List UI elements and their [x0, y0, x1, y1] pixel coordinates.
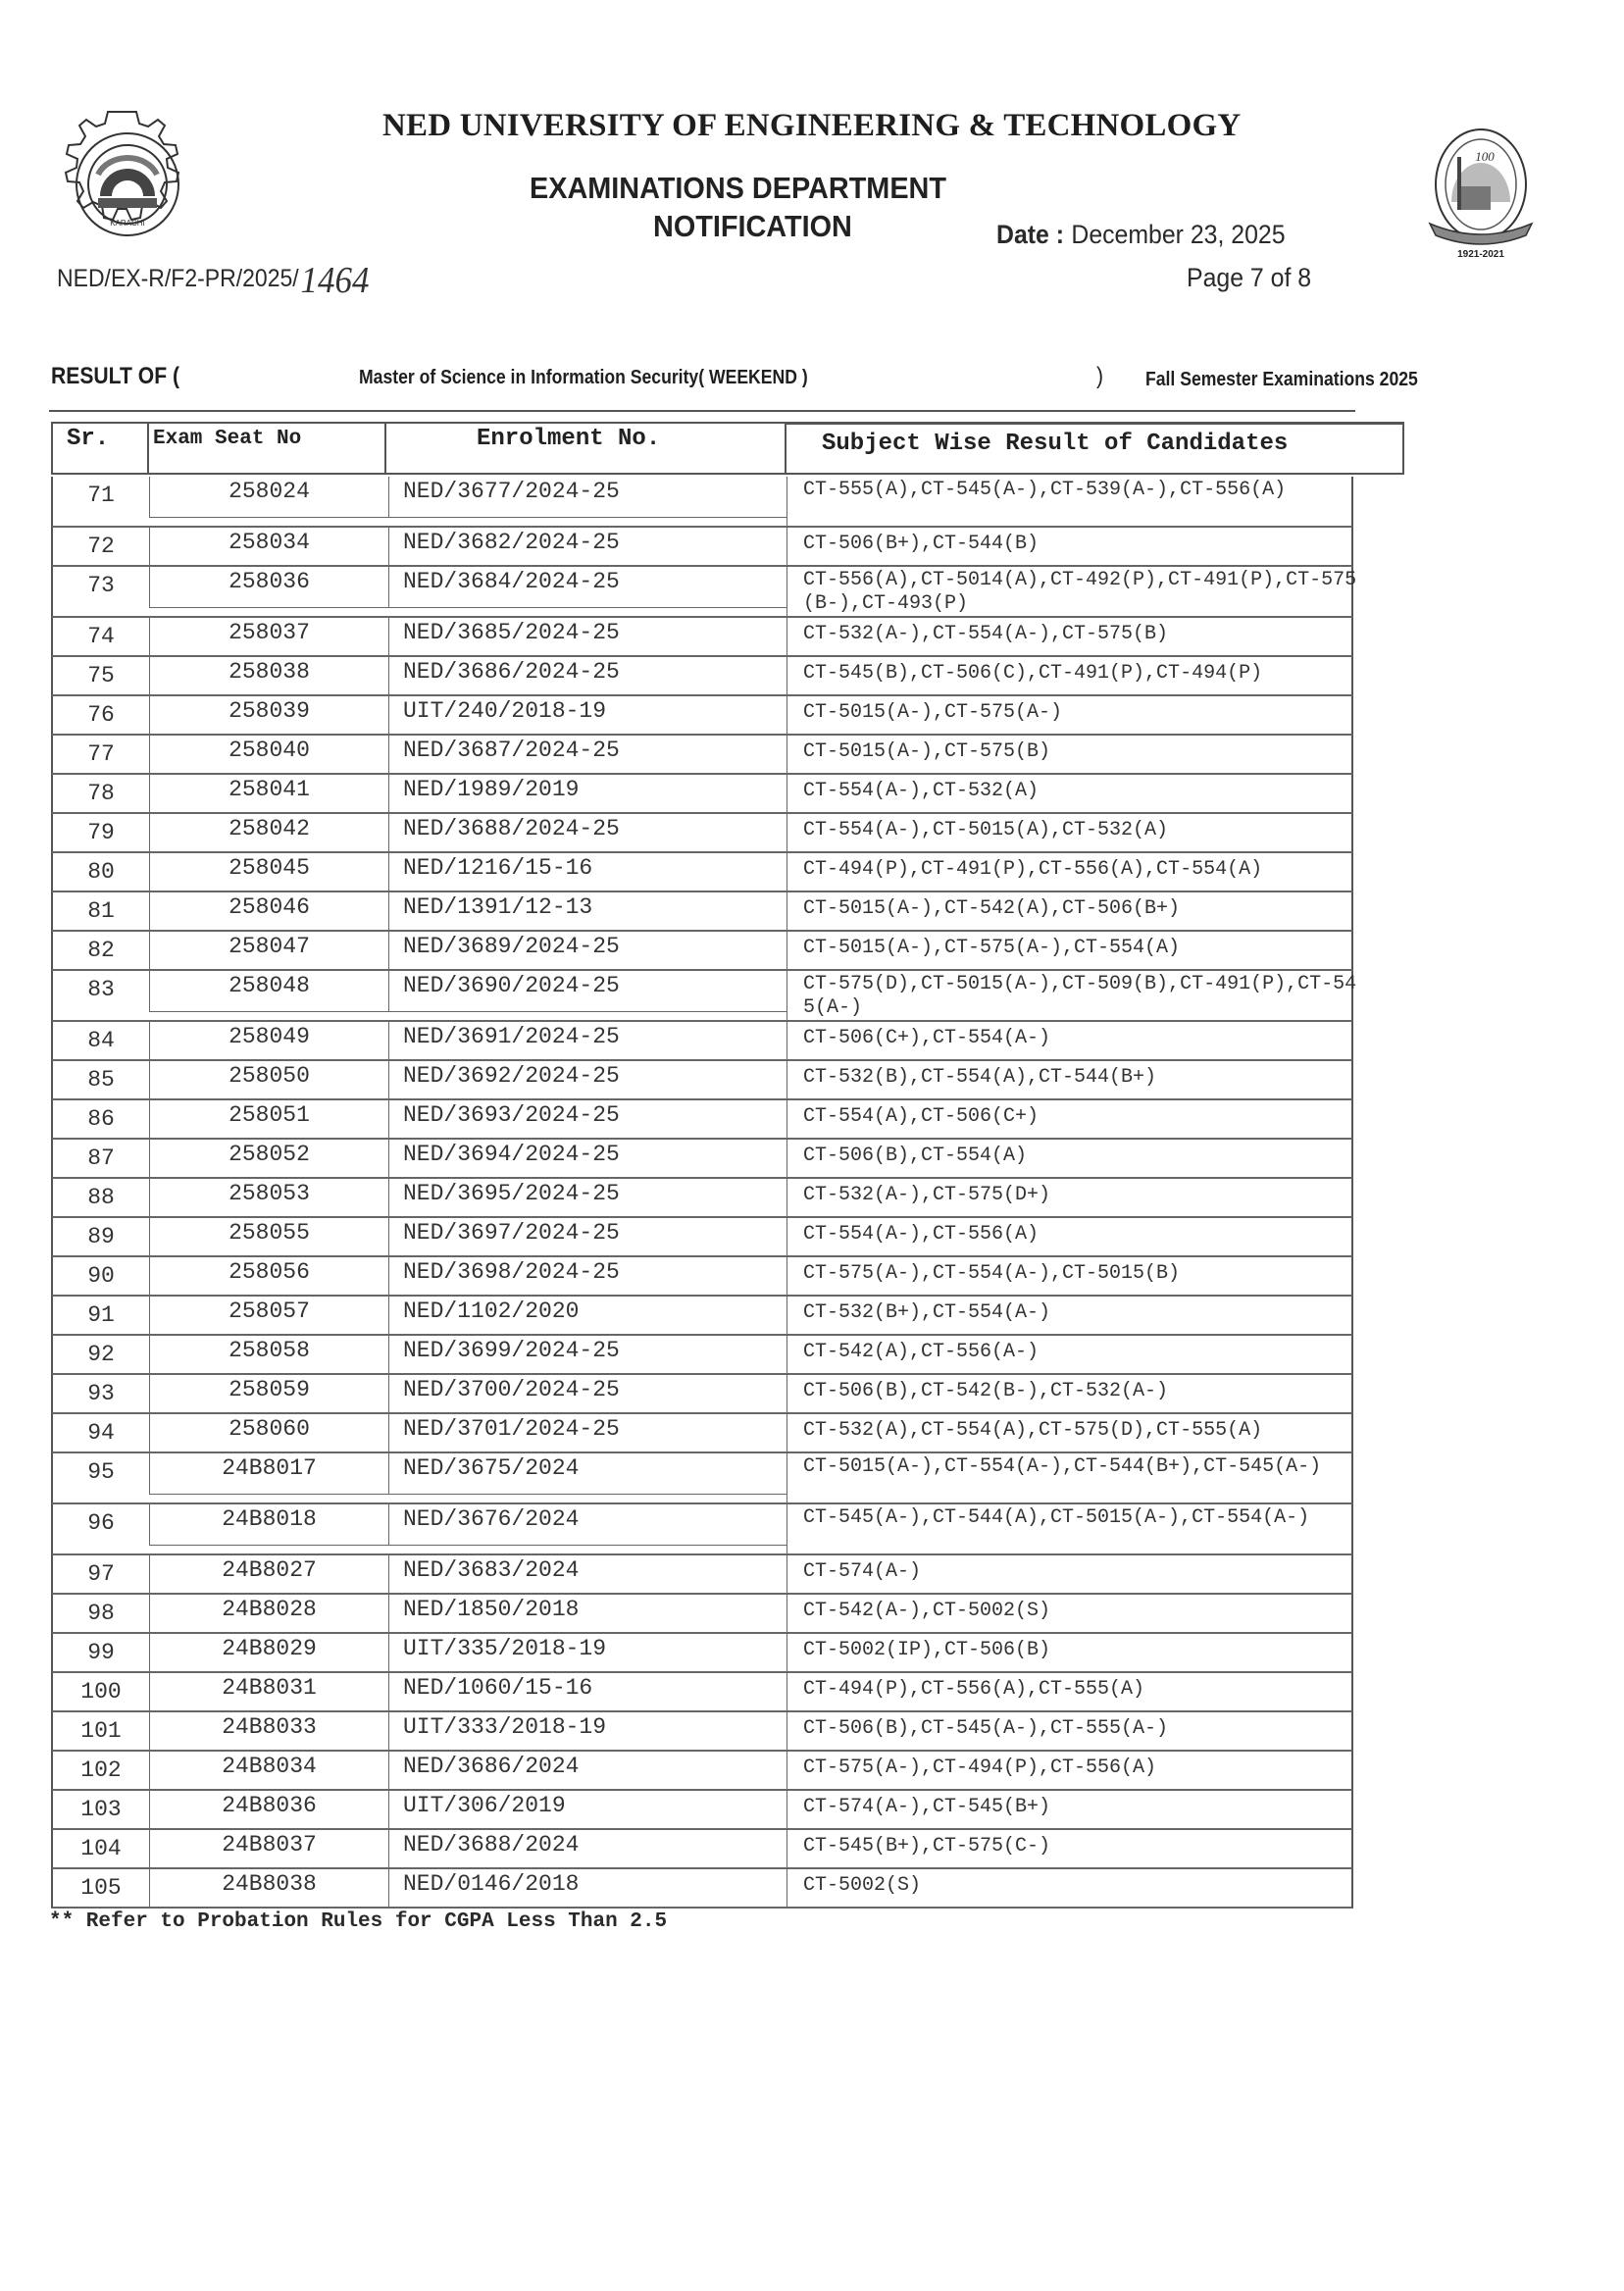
enrolment-cell: NED/3687/2024-25 [388, 736, 787, 773]
exam-seat-cell: 24B8038 [149, 1869, 388, 1907]
subject-results-cell: CT-506(B),CT-554(A) [787, 1140, 1404, 1177]
exam-seat-cell: 258046 [149, 892, 388, 930]
page-number: Page 7 of 8 [1187, 263, 1311, 293]
table-row: 93258059NED/3700/2024-25CT-506(B),CT-542… [51, 1375, 1353, 1414]
enrolment-cell: NED/3688/2024-25 [388, 814, 787, 851]
enrolment-cell: NED/3698/2024-25 [388, 1257, 787, 1295]
enrolment-cell: NED/3692/2024-25 [388, 1061, 787, 1098]
table-row: 71258024NED/3677/2024-25CT-555(A),CT-545… [51, 477, 1353, 528]
enrolment-cell: NED/3693/2024-25 [388, 1100, 787, 1138]
table-row: 9524B8017NED/3675/2024CT-5015(A-),CT-554… [51, 1453, 1353, 1504]
svg-text:1921-2021: 1921-2021 [1457, 249, 1504, 260]
subject-results-cell: CT-5002(IP),CT-506(B) [787, 1634, 1404, 1671]
enrolment-cell: NED/3686/2024 [388, 1752, 787, 1789]
department-title: EXAMINATIONS DEPARTMENT [530, 171, 946, 206]
table-row: 86258051NED/3693/2024-25CT-554(A),CT-506… [51, 1100, 1353, 1140]
header-divider [49, 410, 1355, 412]
exam-seat-cell: 258041 [149, 775, 388, 812]
sr-cell: 81 [53, 898, 149, 924]
subject-results-cell: CT-532(A),CT-554(A),CT-575(D),CT-555(A) [787, 1414, 1404, 1451]
subject-results-cell: CT-506(B),CT-545(A-),CT-555(A-) [787, 1712, 1404, 1750]
reference-prefix: NED/EX-R/F2-PR/2025/ [57, 265, 299, 292]
table-row: 74258037NED/3685/2024-25CT-532(A-),CT-55… [51, 618, 1353, 657]
exam-seat-cell: 258051 [149, 1100, 388, 1138]
enrolment-cell: NED/3676/2024 [388, 1504, 787, 1546]
table-header: Sr. Exam Seat No Enrolment No. Subject W… [51, 422, 1353, 477]
sr-cell: 76 [53, 702, 149, 728]
sr-cell: 95 [53, 1459, 149, 1485]
enrolment-cell: NED/3682/2024-25 [388, 528, 787, 565]
table-row: 10124B8033UIT/333/2018-19CT-506(B),CT-54… [51, 1712, 1353, 1752]
sr-cell: 87 [53, 1145, 149, 1171]
table-row: 88258053NED/3695/2024-25CT-532(A-),CT-57… [51, 1179, 1353, 1218]
exam-seat-cell: 24B8027 [149, 1555, 388, 1593]
sr-cell: 102 [53, 1757, 149, 1783]
sr-cell: 71 [53, 483, 149, 508]
table-row: 10524B8038NED/0146/2018CT-5002(S) [51, 1869, 1353, 1909]
subject-results-cell: CT-574(A-),CT-545(B+) [787, 1791, 1404, 1828]
enrolment-cell: NED/3689/2024-25 [388, 932, 787, 969]
sr-cell: 104 [53, 1836, 149, 1861]
subject-results-cell: CT-554(A-),CT-532(A) [787, 775, 1404, 812]
table-row: 81258046NED/1391/12-13CT-5015(A-),CT-542… [51, 892, 1353, 932]
enrolment-cell: NED/3688/2024 [388, 1830, 787, 1867]
subject-results-cell: CT-556(A),CT-5014(A),CT-492(P),CT-491(P)… [787, 567, 1404, 616]
enrolment-cell: NED/3699/2024-25 [388, 1336, 787, 1373]
svg-text:100: 100 [1475, 149, 1495, 164]
sr-cell: 85 [53, 1067, 149, 1093]
table-row: 89258055NED/3697/2024-25CT-554(A-),CT-55… [51, 1218, 1353, 1257]
subject-results-cell: CT-5015(A-),CT-575(A-),CT-554(A) [787, 932, 1404, 969]
subject-results-cell: CT-545(A-),CT-544(A),CT-5015(A-),CT-554(… [787, 1504, 1404, 1553]
exam-seat-cell: 258040 [149, 736, 388, 773]
subject-results-cell: CT-494(P),CT-491(P),CT-556(A),CT-554(A) [787, 853, 1404, 891]
footnote: ** Refer to Probation Rules for CGPA Les… [49, 1910, 667, 1933]
exam-seat-cell: 258024 [149, 477, 388, 518]
exam-seat-cell: 24B8036 [149, 1791, 388, 1828]
enrolment-cell: NED/3694/2024-25 [388, 1140, 787, 1177]
enrolment-cell: UIT/306/2019 [388, 1791, 787, 1828]
sr-cell: 94 [53, 1420, 149, 1446]
date-line: Date :December 23, 2025 [996, 220, 1286, 250]
subject-results-cell: CT-506(C+),CT-554(A-) [787, 1022, 1404, 1059]
exam-seat-cell: 258057 [149, 1297, 388, 1334]
exam-seat-cell: 258052 [149, 1140, 388, 1177]
sr-cell: 92 [53, 1342, 149, 1367]
table-row: 92258058NED/3699/2024-25CT-542(A),CT-556… [51, 1336, 1353, 1375]
table-row: 77258040NED/3687/2024-25CT-5015(A-),CT-5… [51, 736, 1353, 775]
exam-seat-cell: 24B8033 [149, 1712, 388, 1750]
enrolment-cell: NED/3677/2024-25 [388, 477, 787, 518]
subject-results-cell: CT-494(P),CT-556(A),CT-555(A) [787, 1673, 1404, 1710]
subject-results-cell: CT-532(A-),CT-575(D+) [787, 1179, 1404, 1216]
exam-seat-cell: 258055 [149, 1218, 388, 1255]
column-header-enrolment: Enrolment No. [384, 422, 787, 475]
sr-cell: 97 [53, 1561, 149, 1587]
sr-cell: 82 [53, 938, 149, 963]
table-row: 9924B8029UIT/335/2018-19CT-5002(IP),CT-5… [51, 1634, 1353, 1673]
result-of-line: RESULT OF ( Master of Science in Informa… [49, 361, 1520, 400]
subject-results-cell: CT-574(A-) [787, 1555, 1404, 1593]
table-row: 10024B8031NED/1060/15-16CT-494(P),CT-556… [51, 1673, 1353, 1712]
subject-results-cell: CT-532(A-),CT-554(A-),CT-575(B) [787, 618, 1404, 655]
sr-cell: 72 [53, 534, 149, 559]
sr-cell: 89 [53, 1224, 149, 1249]
exam-seat-cell: 24B8028 [149, 1595, 388, 1632]
enrolment-cell: NED/0146/2018 [388, 1869, 787, 1907]
sr-cell: 78 [53, 781, 149, 806]
table-row: 75258038NED/3686/2024-25CT-545(B),CT-506… [51, 657, 1353, 696]
table-row: 10224B8034NED/3686/2024CT-575(A-),CT-494… [51, 1752, 1353, 1791]
table-row: 82258047NED/3689/2024-25CT-5015(A-),CT-5… [51, 932, 1353, 971]
table-row: 79258042NED/3688/2024-25CT-554(A-),CT-50… [51, 814, 1353, 853]
table-row: 9824B8028NED/1850/2018CT-542(A-),CT-5002… [51, 1595, 1353, 1634]
column-header-sr: Sr. [51, 422, 149, 475]
table-row: 84258049NED/3691/2024-25CT-506(C+),CT-55… [51, 1022, 1353, 1061]
enrolment-cell: NED/3701/2024-25 [388, 1414, 787, 1451]
enrolment-cell: NED/3695/2024-25 [388, 1179, 787, 1216]
table-row: 9724B8027NED/3683/2024CT-574(A-) [51, 1555, 1353, 1595]
exam-seat-cell: 24B8034 [149, 1752, 388, 1789]
subject-results-cell: CT-506(B),CT-542(B-),CT-532(A-) [787, 1375, 1404, 1412]
exam-seat-cell: 258053 [149, 1179, 388, 1216]
enrolment-cell: UIT/240/2018-19 [388, 696, 787, 734]
exam-seat-cell: 258047 [149, 932, 388, 969]
table-row: 9624B8018NED/3676/2024CT-545(A-),CT-544(… [51, 1504, 1353, 1555]
table-row: 78258041NED/1989/2019CT-554(A-),CT-532(A… [51, 775, 1353, 814]
table-row: 85258050NED/3692/2024-25CT-532(B),CT-554… [51, 1061, 1353, 1100]
subject-results-cell: CT-554(A),CT-506(C+) [787, 1100, 1404, 1138]
exam-seat-cell: 258034 [149, 528, 388, 565]
date-value: December 23, 2025 [1071, 220, 1285, 249]
subject-results-cell: CT-5015(A-),CT-575(B) [787, 736, 1404, 773]
subject-results-cell: CT-506(B+),CT-544(B) [787, 528, 1404, 565]
subject-results-cell: CT-5015(A-),CT-575(A-) [787, 696, 1404, 734]
sr-cell: 73 [53, 573, 149, 598]
enrolment-cell: NED/1216/15-16 [388, 853, 787, 891]
sr-cell: 86 [53, 1106, 149, 1132]
subject-results-cell: CT-545(B+),CT-575(C-) [787, 1830, 1404, 1867]
date-label: Date : [996, 220, 1064, 249]
table-row: 80258045NED/1216/15-16CT-494(P),CT-491(P… [51, 853, 1353, 892]
subject-results-cell: CT-5015(A-),CT-542(A),CT-506(B+) [787, 892, 1404, 930]
exam-seat-cell: 24B8017 [149, 1453, 388, 1495]
result-of-close: ) [1096, 363, 1103, 390]
exam-seat-cell: 24B8037 [149, 1830, 388, 1867]
exam-seat-cell: 24B8029 [149, 1634, 388, 1671]
enrolment-cell: NED/3690/2024-25 [388, 971, 787, 1012]
results-table: Sr. Exam Seat No Enrolment No. Subject W… [51, 422, 1353, 1909]
exam-seat-cell: 258050 [149, 1061, 388, 1098]
subject-results-cell: CT-532(B),CT-554(A),CT-544(B+) [787, 1061, 1404, 1098]
subject-results-cell: CT-575(A-),CT-494(P),CT-556(A) [787, 1752, 1404, 1789]
subject-results-cell: CT-5002(S) [787, 1869, 1404, 1907]
enrolment-cell: NED/3685/2024-25 [388, 618, 787, 655]
enrolment-cell: NED/3683/2024 [388, 1555, 787, 1593]
table-row: 76258039UIT/240/2018-19CT-5015(A-),CT-57… [51, 696, 1353, 736]
university-name: NED UNIVERSITY OF ENGINEERING & TECHNOLO… [382, 108, 1241, 144]
exam-seat-cell: 258037 [149, 618, 388, 655]
enrolment-cell: NED/1391/12-13 [388, 892, 787, 930]
exam-seat-cell: 24B8031 [149, 1673, 388, 1710]
document-type: NOTIFICATION [653, 209, 852, 244]
exam-seat-cell: 258056 [149, 1257, 388, 1295]
sr-cell: 99 [53, 1640, 149, 1665]
sr-cell: 96 [53, 1510, 149, 1536]
centenary-seal-logo: 100 1921-2021 [1402, 118, 1559, 275]
exam-seat-cell: 258060 [149, 1414, 388, 1451]
enrolment-cell: NED/1102/2020 [388, 1297, 787, 1334]
sr-cell: 74 [53, 624, 149, 649]
exam-seat-cell: 258042 [149, 814, 388, 851]
subject-results-cell: CT-542(A-),CT-5002(S) [787, 1595, 1404, 1632]
sr-cell: 98 [53, 1601, 149, 1626]
subject-results-cell: CT-5015(A-),CT-554(A-),CT-544(B+),CT-545… [787, 1453, 1404, 1502]
sr-cell: 103 [53, 1797, 149, 1822]
enrolment-cell: NED/3684/2024-25 [388, 567, 787, 608]
exam-seat-cell: 258049 [149, 1022, 388, 1059]
result-of-label: RESULT OF ( [51, 363, 179, 390]
table-row: 91258057NED/1102/2020CT-532(B+),CT-554(A… [51, 1297, 1353, 1336]
sr-cell: 83 [53, 977, 149, 1002]
enrolment-cell: NED/3697/2024-25 [388, 1218, 787, 1255]
sr-cell: 93 [53, 1381, 149, 1406]
subject-results-cell: CT-554(A-),CT-5015(A),CT-532(A) [787, 814, 1404, 851]
university-gear-emblem-logo: KARACHI [49, 106, 206, 263]
sr-cell: 88 [53, 1185, 149, 1210]
enrolment-cell: NED/3675/2024 [388, 1453, 787, 1495]
exam-seat-cell: 258036 [149, 567, 388, 608]
enrolment-cell: UIT/333/2018-19 [388, 1712, 787, 1750]
sr-cell: 75 [53, 663, 149, 688]
enrolment-cell: NED/3691/2024-25 [388, 1022, 787, 1059]
sr-cell: 84 [53, 1028, 149, 1053]
sr-cell: 77 [53, 741, 149, 767]
sr-cell: 100 [53, 1679, 149, 1705]
column-header-seat: Exam Seat No [147, 422, 386, 475]
enrolment-cell: NED/3686/2024-25 [388, 657, 787, 694]
subject-results-cell: CT-545(B),CT-506(C),CT-491(P),CT-494(P) [787, 657, 1404, 694]
column-header-subject-results: Subject Wise Result of Candidates [785, 422, 1404, 475]
exam-seat-cell: 258045 [149, 853, 388, 891]
subject-results-cell: CT-575(D),CT-5015(A-),CT-509(B),CT-491(P… [787, 971, 1404, 1020]
reference-number: NED/EX-R/F2-PR/2025/1464 [57, 253, 369, 296]
exam-seat-cell: 24B8018 [149, 1504, 388, 1546]
enrolment-cell: NED/1060/15-16 [388, 1673, 787, 1710]
exam-seat-cell: 258038 [149, 657, 388, 694]
exam-seat-cell: 258058 [149, 1336, 388, 1373]
exam-seat-cell: 258048 [149, 971, 388, 1012]
exam-seat-cell: 258059 [149, 1375, 388, 1412]
handwritten-number: 1464 [301, 260, 370, 301]
subject-results-cell: CT-575(A-),CT-554(A-),CT-5015(B) [787, 1257, 1404, 1295]
table-row: 10324B8036UIT/306/2019CT-574(A-),CT-545(… [51, 1791, 1353, 1830]
subject-results-cell: CT-555(A),CT-545(A-),CT-539(A-),CT-556(A… [787, 477, 1404, 526]
exam-session: Fall Semester Examinations 2025 [1145, 369, 1418, 391]
table-row: 72258034NED/3682/2024-25CT-506(B+),CT-54… [51, 528, 1353, 567]
subject-results-cell: CT-542(A),CT-556(A-) [787, 1336, 1404, 1373]
sr-cell: 91 [53, 1302, 149, 1328]
table-row: 10424B8037NED/3688/2024CT-545(B+),CT-575… [51, 1830, 1353, 1869]
enrolment-cell: NED/1989/2019 [388, 775, 787, 812]
sr-cell: 80 [53, 859, 149, 885]
subject-results-cell: CT-554(A-),CT-556(A) [787, 1218, 1404, 1255]
table-row: 83258048NED/3690/2024-25CT-575(D),CT-501… [51, 971, 1353, 1022]
sr-cell: 79 [53, 820, 149, 845]
table-row: 94258060NED/3701/2024-25CT-532(A),CT-554… [51, 1414, 1353, 1453]
sr-cell: 90 [53, 1263, 149, 1289]
table-row: 90258056NED/3698/2024-25CT-575(A-),CT-55… [51, 1257, 1353, 1297]
exam-seat-cell: 258039 [149, 696, 388, 734]
sr-cell: 101 [53, 1718, 149, 1744]
enrolment-cell: UIT/335/2018-19 [388, 1634, 787, 1671]
svg-text:KARACHI: KARACHI [110, 219, 145, 228]
enrolment-cell: NED/3700/2024-25 [388, 1375, 787, 1412]
table-row: 87258052NED/3694/2024-25CT-506(B),CT-554… [51, 1140, 1353, 1179]
program-name: Master of Science in Information Securit… [359, 367, 808, 389]
sr-cell: 105 [53, 1875, 149, 1901]
enrolment-cell: NED/1850/2018 [388, 1595, 787, 1632]
subject-results-cell: CT-532(B+),CT-554(A-) [787, 1297, 1404, 1334]
table-body: 71258024NED/3677/2024-25CT-555(A),CT-545… [51, 477, 1353, 1909]
table-row: 73258036NED/3684/2024-25CT-556(A),CT-501… [51, 567, 1353, 618]
